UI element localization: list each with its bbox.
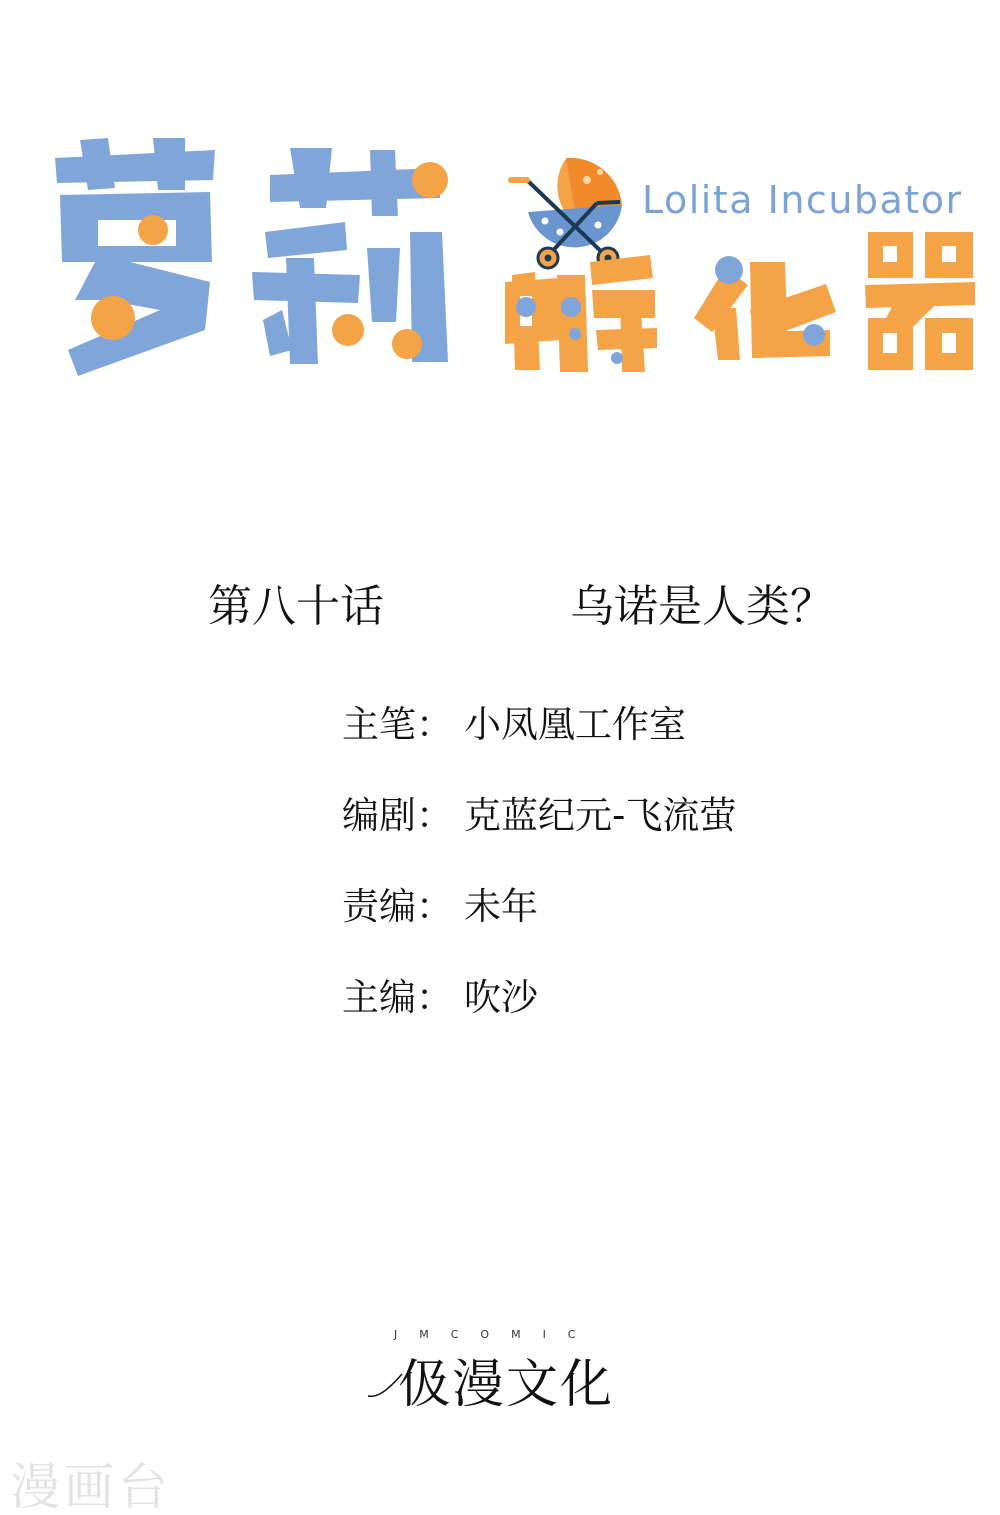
credit-label: 责编： [342, 876, 464, 930]
flourish-icon [366, 1370, 406, 1400]
logo-char-luo [55, 138, 215, 376]
credit-line-chief-editor: 主编：吹沙 [342, 967, 538, 1021]
credit-value: 克蓝纪元-飞流萤 [464, 794, 736, 837]
watermark: 漫画台 [10, 1447, 172, 1515]
chapter-number: 第八十话 [208, 570, 384, 634]
publisher-latin: JMCOMIC [394, 1328, 598, 1341]
credit-value: 小凤凰工作室 [464, 703, 686, 746]
credit-label: 主编： [342, 967, 464, 1021]
baby-stroller-icon [508, 158, 622, 268]
logo-char-qi [865, 232, 975, 370]
credit-value: 吹沙 [464, 976, 538, 1019]
credit-line-writer: 编剧：克蓝纪元-飞流萤 [342, 785, 736, 839]
chapter-title: 乌诺是人类？ [570, 570, 834, 634]
publisher-name: 伋漫文化 [398, 1342, 614, 1417]
credit-line-artist: 主笔：小凤凰工作室 [342, 694, 686, 748]
credit-line-editor: 责编：未年 [342, 876, 538, 930]
credit-label: 主笔： [342, 694, 464, 748]
credit-label: 编剧： [342, 785, 464, 839]
credit-value: 未年 [464, 885, 538, 928]
series-title-english: Lolita Incubator [642, 178, 963, 222]
